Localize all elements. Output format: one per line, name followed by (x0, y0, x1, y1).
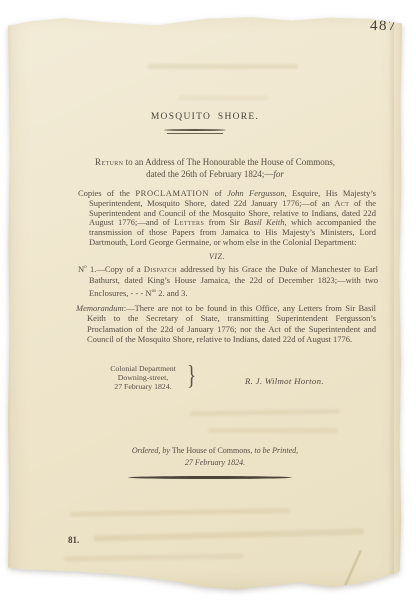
return-for: for (273, 169, 284, 179)
copies-paragraph: Copies of the PROCLAMATION of John Fergu… (78, 189, 376, 248)
copies-text: Copies of the (78, 188, 135, 198)
ordered-block: Ordered, by The House of Commons, to be … (65, 445, 365, 468)
name-basil-keith: Basil Keith (244, 217, 284, 227)
bleed-through-smudge (208, 428, 338, 433)
dateline-street: Downing-street, (118, 373, 168, 382)
bleed-through-smudge (70, 508, 290, 517)
return-heading: Return to an Address of The Honourable t… (8, 157, 402, 180)
plate-number: 81. (68, 535, 79, 545)
title-rule (164, 129, 226, 131)
paper-crease (336, 550, 361, 604)
memorandum-text: :—There are not to be found in this Offi… (87, 303, 376, 344)
page-number: 487 (370, 18, 397, 35)
name-john-fergusson: John Fergusson (227, 188, 285, 198)
letters-word: Letters (174, 217, 204, 227)
ordered-text: Ordered, by (132, 446, 172, 455)
dateline-block: Colonial Department Downing-street, 27 F… (100, 365, 186, 392)
document-page: 487 MOSQUITO SHORE. Return to an Address… (8, 12, 402, 590)
viz-label: VIZ. (209, 252, 225, 261)
copies-text: of (209, 188, 227, 198)
no1-text: 1.—Copy of a (87, 264, 144, 274)
ordered-house: The House of Commons, (172, 446, 252, 455)
footer-rule (128, 476, 292, 479)
return-lead: Return (95, 157, 123, 167)
bleed-through-smudge (148, 64, 298, 69)
paper-edge-shading (388, 12, 394, 590)
signature: R. J. Wilmot Horton. (245, 376, 324, 386)
dispatch-word: Dispatch (144, 264, 177, 274)
dateline-brace: } (187, 362, 196, 389)
ordered-date: 27 February 1824. (185, 458, 245, 467)
dispatch-item-paragraph: No 1.—Copy of a Dispatch addressed by hi… (78, 262, 378, 299)
scanned-document: 487 MOSQUITO SHORE. Return to an Address… (0, 0, 416, 605)
title-rule-thin (167, 133, 223, 134)
dateline-date: 27 February 1824. (114, 382, 171, 391)
return-date: dated the 26th of February 1824;— (146, 169, 273, 179)
act-word: Act (334, 198, 349, 208)
memorandum-word: Memorandum (76, 303, 124, 313)
proclamation-word: PROCLAMATION (135, 188, 209, 198)
dateline-department: Colonial Department (110, 364, 176, 373)
bleed-through-smudge (94, 528, 364, 541)
bleed-through-smudge (64, 553, 244, 561)
paper-shadow-wrap: 487 MOSQUITO SHORE. Return to an Address… (8, 12, 402, 590)
bleed-through-smudge (190, 409, 340, 417)
memorandum-paragraph: Memorandum:—There are not to be found in… (76, 303, 376, 344)
bleed-through-smudge (178, 96, 268, 100)
copies-text: from Sir (204, 217, 244, 227)
no1-text: 2. and 3. (156, 288, 187, 298)
document-title: MOSQUITO SHORE. (8, 112, 402, 122)
ordered-printed: to be Printed, (252, 446, 298, 455)
return-rest: to an Address of The Honourable the Hous… (123, 157, 335, 167)
